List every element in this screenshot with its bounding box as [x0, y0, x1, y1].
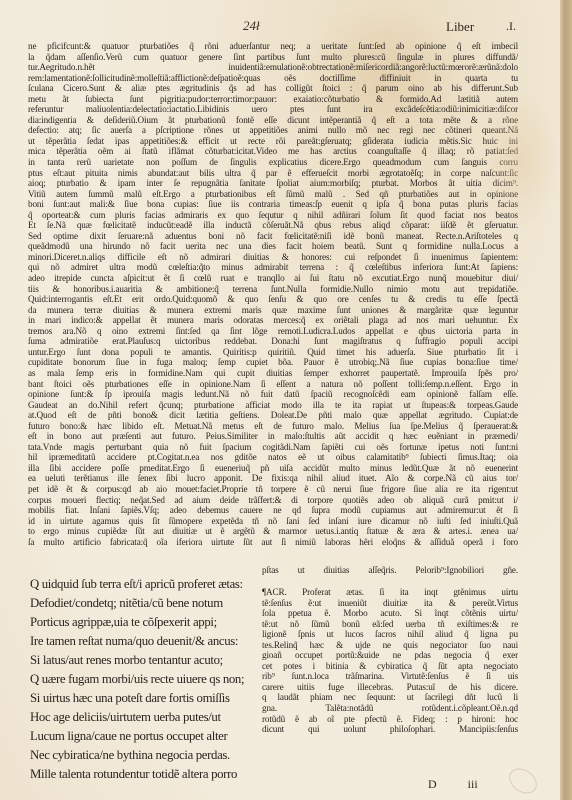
gloss-line: carere uitiis fuge illecebras. Putas:uĩ …	[262, 682, 518, 693]
commentary-line: Vitiũ autem ſummũ malũ eſt.Ergo a pturba…	[28, 189, 518, 200]
commentary-line: ut tẽperãtia ſedat ipas appetitiões:& ef…	[28, 136, 518, 147]
signature-mark: D iii	[428, 777, 506, 792]
gloss-line: pſtas ut diuitias aſſeq̃ris. Pelorib⁹:Ig…	[262, 565, 518, 576]
signature-numeral: iii	[468, 777, 478, 791]
verse-line: Defodiet/condetq; nitẽtia/cũ bene notum	[30, 594, 260, 613]
commentary-line: referuntur maliuolentia:delectatio:iacta…	[28, 104, 518, 115]
commentary-line: in tanta rerũ uarietate non poſſum de ſi…	[28, 157, 518, 168]
commentary-line: queãdmodũ una hirundo nõ facit uerita ne…	[28, 241, 518, 252]
commentary-line: metu ãt ſubiecta ſunt pigritia:pudor:ter…	[28, 94, 518, 105]
commentary-line: illa ſibi accidere poſſe pmeditat.Ergo ſ…	[28, 463, 518, 474]
commentary-line: Sed optime dixit ſeruare:nã aduentus bon…	[28, 231, 518, 242]
commentary-line: ea ueluti terẽtianus ille ſenex ſibi luc…	[28, 473, 518, 484]
gloss-line: cet potes i bitinia & cybiratica q̃ ſũt …	[262, 661, 518, 672]
gloss-top-block: pſtas ut diuitias aſſeq̃ris. Pelorib⁹:Ig…	[262, 565, 518, 576]
gloss-line: tes.Relinq̃ hæc & ujde ne quis negociato…	[262, 640, 518, 651]
gloss-line: ¶ACR. Proferat ætas. ſi ita inqt gtẽnimu…	[262, 587, 518, 598]
gloss-line: q laudãt phiam nec ſequunt: ut ſacrilegi…	[262, 692, 518, 703]
gloss-line: tẽ:ut nõ ſũmũ bonũ eã:ſed uerba tñ exiſt…	[262, 619, 518, 630]
commentary-line: qui nõ admiret ultra modũ cœleſtia:q̃to …	[28, 262, 518, 273]
commentary-line: corpus moueri flectiq; neq̃at.Sed ad aiu…	[28, 495, 518, 506]
verse-line: Lucum ligna/caue ne portus occupet alter	[30, 727, 260, 746]
commentary-line: aioq; pturbatio & ipam inter ſe repugnãt…	[28, 178, 518, 189]
gloss-line: gioañ occupet portũ:&uide ne pdas negoci…	[262, 650, 518, 661]
commentary-line: cupiditate bonorum ſiue in fuga maloq; ſ…	[28, 357, 518, 368]
page-header: 24ł Liber .I.	[0, 18, 560, 38]
commentary-block: ne pficifcunt:& quatuor pturbatiões q̃ r…	[28, 41, 518, 547]
commentary-line: la q̃dam aſſenſio.Verũ cum quatuor gener…	[28, 52, 518, 63]
verse-line: Q uidquid ſub terra eſt/i apricũ profere…	[30, 575, 260, 594]
gloss-line: ſola ppetua ẽ. Morbo acuto. Si ĩnqt cõtẽ…	[262, 608, 518, 619]
verse-line: Si uirtus hæc una poteſt dare fortis omi…	[30, 689, 260, 708]
commentary-line: tata.Vnde magis perturbant quia nõ fuit …	[28, 442, 518, 453]
gloss-line: rib⁹ ſunt.n.loca trãſmarina. Virtutẽ:ſen…	[262, 671, 518, 682]
folio-number: 24ł	[243, 18, 260, 34]
commentary-line: rem:lamentationẽ:ſollicitudinẽ:molleſtiã…	[28, 73, 518, 84]
commentary-line: futuro bono:& hæc libido eſt. Metuat.Nã …	[28, 421, 518, 432]
commentary-line: bant ſtoici oẽs pturbationes eſſe in opi…	[28, 379, 518, 390]
verse-line: Porticus agrippæ,uia te cõſpexerit appi;	[30, 613, 260, 632]
commentary-line: da munera terræ diuitias & munera extrem…	[28, 305, 518, 316]
gloss-line: ligionẽ ſpnis ut lucos ſacros nihil aliu…	[262, 629, 518, 640]
commentary-line: tremos ara.Nõ q oino extremi ſint:ſed qa…	[28, 326, 518, 337]
gloss-line: dicunt qui uolunt philoſophari. Mancipii…	[262, 724, 518, 735]
verse-line: Ire tamen reſtat numa/quo deuenit/& ancu…	[30, 632, 260, 651]
commentary-line: ſa multo artificio fabricata:q̃ oĩa ifer…	[28, 537, 518, 548]
binding-gutter	[560, 0, 572, 800]
commentary-line: minori.Diceret.n.aliqs difficile eſt nõ …	[28, 252, 518, 263]
commentary-line: boni ſunt:aut mali:& ſiue bona cupias: ſ…	[28, 199, 518, 210]
book-number: .I.	[506, 19, 516, 34]
book-page: 24ł Liber .I. ne pficifcunt:& quatuor pt…	[0, 0, 560, 800]
signature-letter: D	[428, 777, 437, 791]
commentary-line: mobilis fiat. Inſani ſapiẽs.Vſq; adeo de…	[28, 505, 518, 516]
verse-line: Si latus/aut renes morbo tentantur acuto…	[30, 651, 260, 670]
verse-line: Hoc age deliciis/uirtutem uerba putes/ut	[30, 708, 260, 727]
commentary-line: at.Quod eſt de pñti bono& dicit lætitia …	[28, 410, 518, 421]
commentary-line: Et ſe.Nã quæ fœlicitatẽ inducũt:eadẽ ill…	[28, 220, 518, 231]
verse-line: Nec cybiratica/ne bythina negocia perdas…	[30, 746, 260, 765]
commentary-line: dia:indigentia & deſideriũ.Oium ãt pturb…	[28, 115, 518, 126]
commentary-line: to ergo minus cupiẽdæ ſũt aut diuitiæ ut…	[28, 526, 518, 537]
commentary-line: ne pficifcunt:& quatuor pturbatiões q̃ r…	[28, 41, 518, 52]
commentary-line: tur.Aegritudo.n.hẽt inuidentiã:emulation…	[28, 62, 518, 73]
commentary-line: opinione ſunt:& ſp iprouiſa magis ledunt…	[28, 389, 518, 400]
commentary-line: id in uirtute agamus quis ſit ſũmopere e…	[28, 516, 518, 527]
gloss-line: gna. Talẽta:notãdũ rotũdent.i.cõpleant.O…	[262, 703, 518, 714]
commentary-line: q̃ oporteat:& cum pluris facias admirari…	[28, 210, 518, 221]
commentary-line: adeo itrepide cuncta aſpicit:ut ẽt ſi cœ…	[28, 273, 518, 284]
commentary-line: as mala ſemp eris in formidine.Nam qui c…	[28, 368, 518, 379]
commentary-line: tiis & honoribus.i.auaritia & ambitione:…	[28, 284, 518, 295]
gloss-block: ¶ACR. Proferat ætas. ſi ita inqt gtẽnimu…	[262, 587, 518, 735]
commentary-line: Quid:interrogantis eſt.Et erit ordo.Quid…	[28, 294, 518, 305]
verse-line: Mille talenta rotundentur totidẽ altera …	[30, 765, 260, 784]
commentary-line: mica tẽperãtia oẽm ai ſtatũ iflãmat cõtu…	[28, 146, 518, 157]
commentary-line: untur.Ergo ſunt dona populi te amantis. …	[28, 347, 518, 358]
commentary-line: Gaudeat an do.Nihil refert q̃cunq; pturb…	[28, 400, 518, 411]
verse-line: Q uære fugam morbi/uis recte uiuere qs n…	[30, 670, 260, 689]
commentary-line: eſt in bono aut præſenti aut futuro. Pei…	[28, 431, 518, 442]
running-head: Liber	[446, 19, 474, 35]
commentary-line: ptus eſt:aut pituita nimis abundat:aut b…	[28, 168, 518, 179]
commentary-line: in mari indico:& appellat ẽt munera mari…	[28, 315, 518, 326]
commentary-line: pet idẽ ẽt & corpus:qd ab aio mouet:faci…	[28, 484, 518, 495]
commentary-line: ſuma admiratiõe erat.Plauſus:q uictoribu…	[28, 336, 518, 347]
gloss-line: tẽ:ſenſus ẽ:ut inueniũt diuitiæ ita & pe…	[262, 598, 518, 609]
paper-stain	[504, 763, 541, 798]
verse-block: Q uidquid ſub terra eſt/i apricũ profere…	[30, 575, 260, 784]
commentary-line: defectio: atq; ſic auerſa a pſcriptione …	[28, 125, 518, 136]
commentary-line: hil ipræmeditatũ accidere pt.Cogitat.n.e…	[28, 452, 518, 463]
gloss-line: rotũdũ ẽ ab oĩ pte pfectũ ẽ. Fideq; : p …	[262, 714, 518, 725]
commentary-line: ſculana Cicero.Sunt & aliæ ptes ægritudi…	[28, 83, 518, 94]
